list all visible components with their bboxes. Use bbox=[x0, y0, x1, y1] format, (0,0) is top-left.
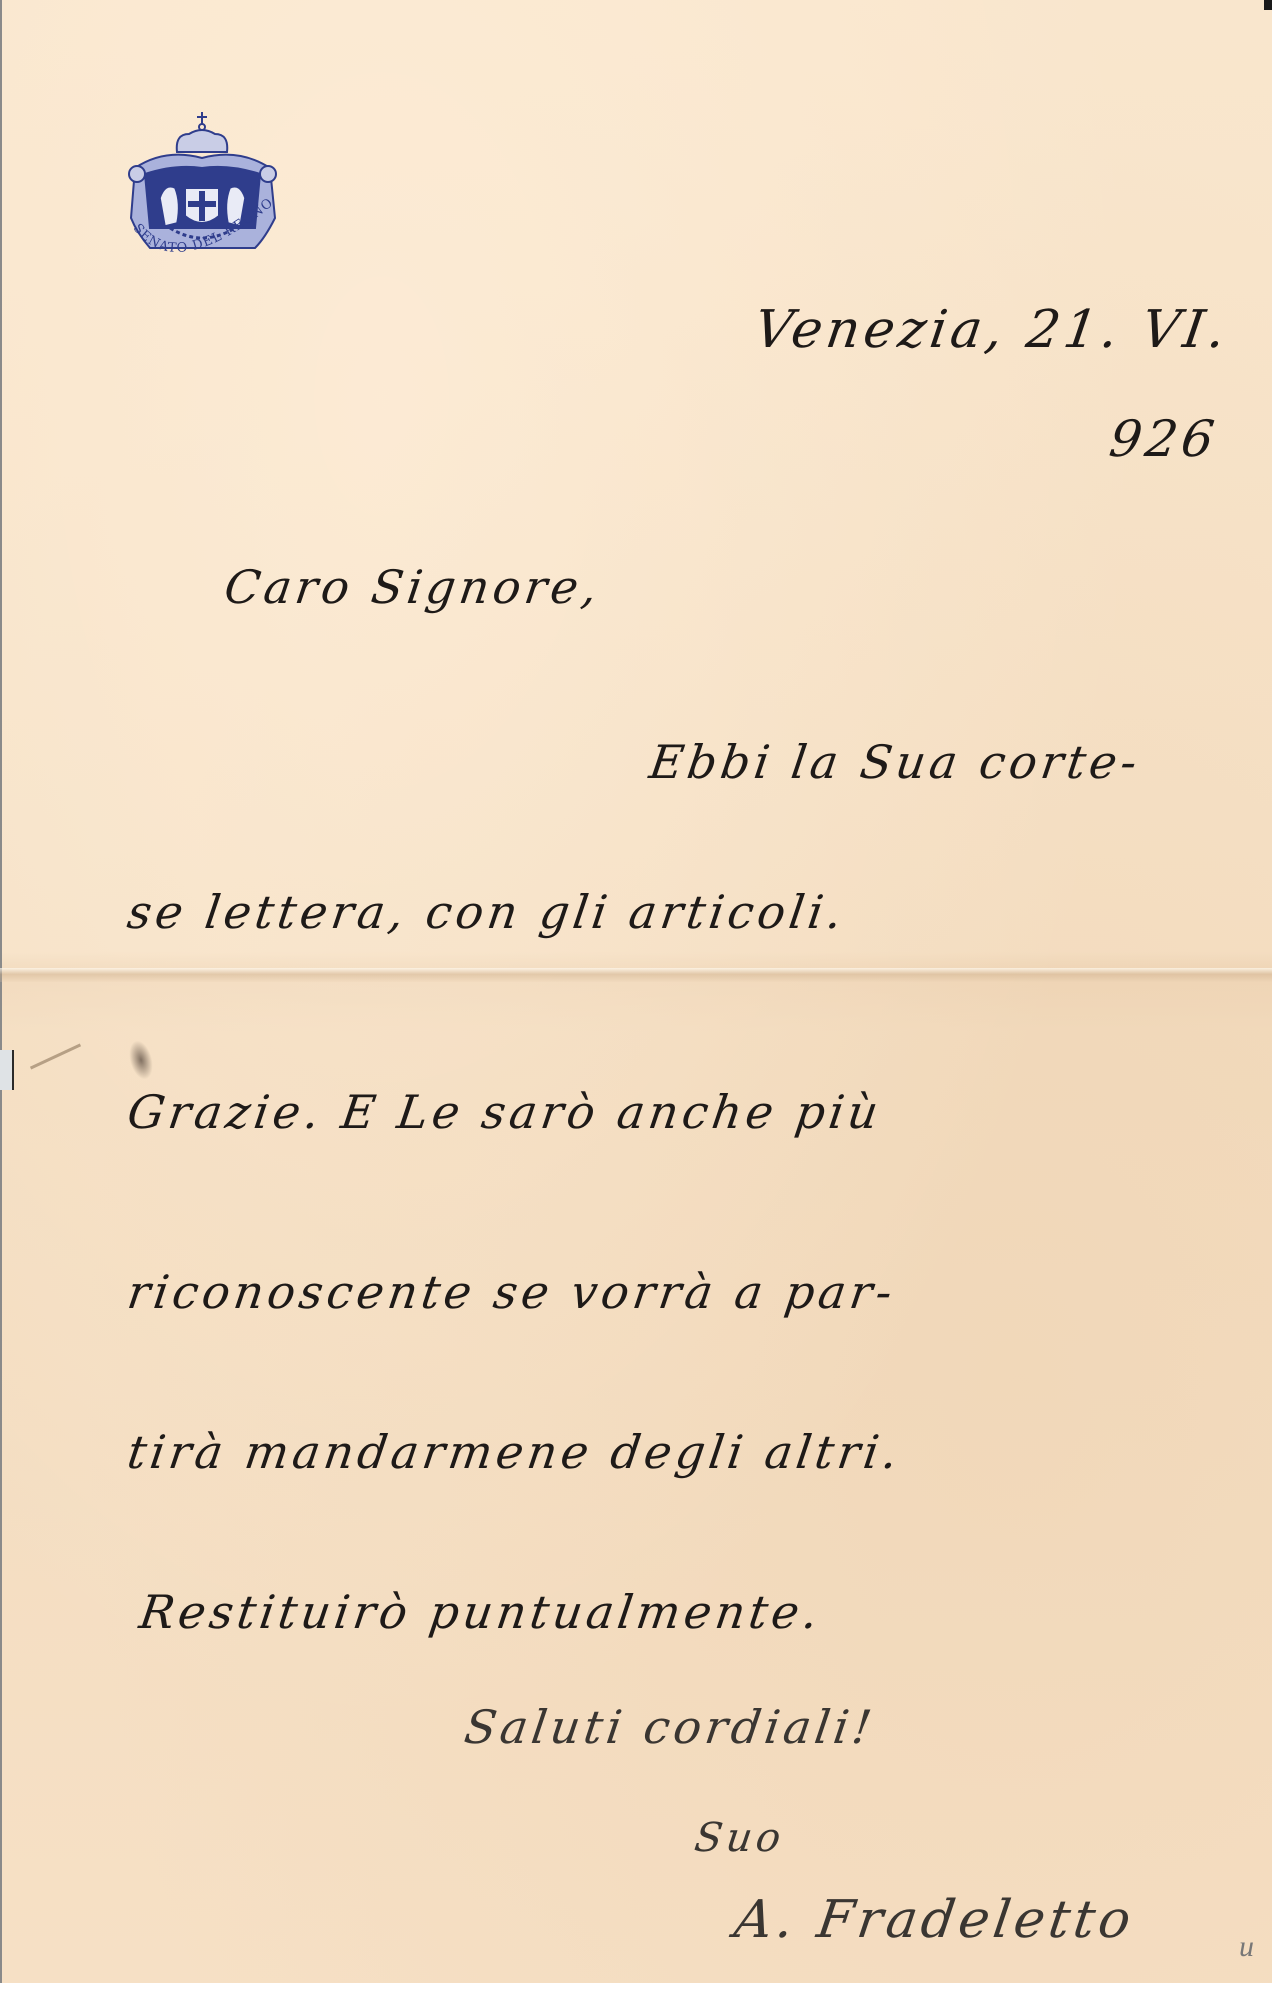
body-line-4: riconoscente se vorrà a par- bbox=[124, 1265, 899, 1319]
letter-paper: SENATO DEL REGNO Venezia, 21. VI. 926 Ca… bbox=[0, 0, 1272, 1983]
closing: Saluti cordiali! bbox=[461, 1700, 879, 1754]
pencil-mark: u bbox=[1239, 1930, 1254, 1964]
scan-corner-mark bbox=[1264, 0, 1272, 10]
ink-smudge bbox=[125, 1038, 157, 1082]
body-line-5: tirà mandarmene degli altri. bbox=[124, 1425, 905, 1479]
signoff: Suo bbox=[692, 1815, 788, 1861]
signature: A. Fradeletto bbox=[731, 1890, 1139, 1950]
body-line-2: se lettera, con gli articoli. bbox=[124, 885, 849, 939]
paper-fold-line bbox=[0, 968, 1272, 982]
dateline-year: 926 bbox=[1106, 410, 1222, 468]
dateline-place-date: Venezia, 21. VI. bbox=[751, 300, 1233, 360]
body-line-1: Ebbi la Sua corte- bbox=[646, 735, 1144, 789]
paper-scratch bbox=[30, 1044, 81, 1070]
salutation: Caro Signore, bbox=[221, 560, 604, 614]
senate-coat-of-arms-icon: SENATO DEL REGNO bbox=[115, 108, 290, 278]
body-line-3: Grazie. E Le sarò anche più bbox=[124, 1085, 885, 1139]
paper-edge-tear bbox=[0, 1050, 14, 1090]
body-line-6: Restituirò puntualmente. bbox=[136, 1585, 825, 1639]
